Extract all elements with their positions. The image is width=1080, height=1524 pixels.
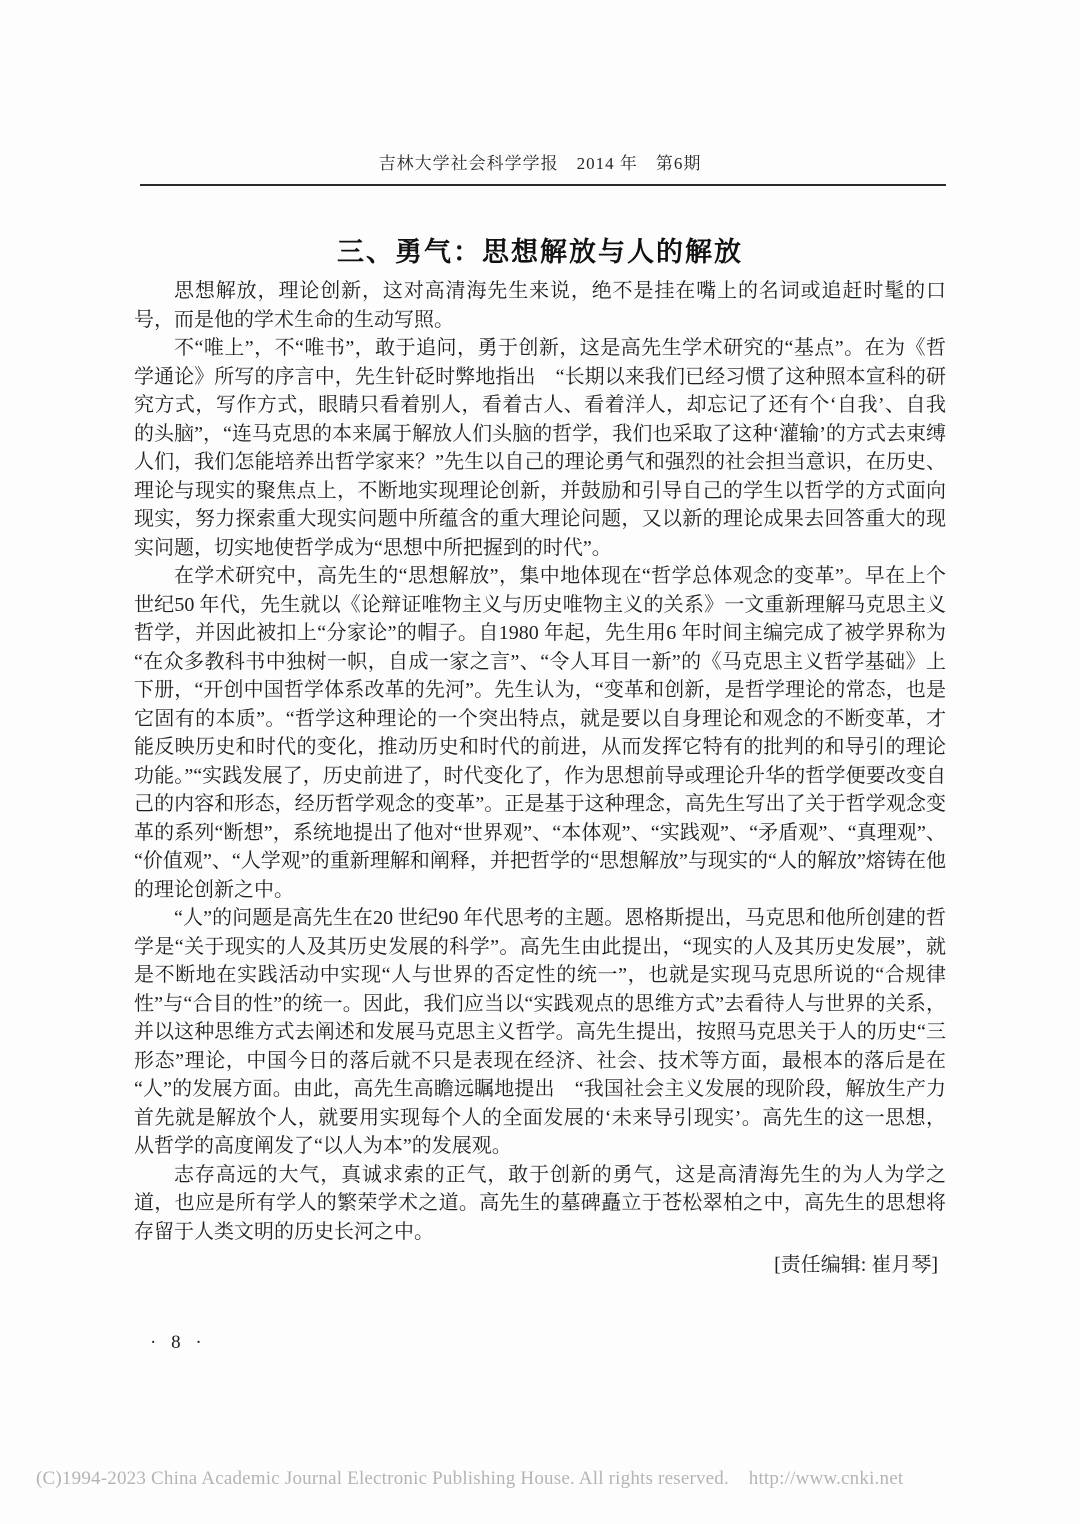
section-title: 三、勇气：思想解放与人的解放 — [0, 230, 1080, 269]
article-body: 思想解放，理论创新，这对高清海先生来说，绝不是挂在嘴上的名词或追赶时髦的口号，而… — [134, 277, 946, 1246]
article-paragraph-3: 在学术研究中，高先生的“思想解放”，集中地体现在“哲学总体观念的变革”。早在上个… — [134, 562, 946, 904]
article-paragraph-2: 不“唯上”，不“唯书”，敢于追问，勇于创新，这是高先生学术研究的“基点”。在为《… — [134, 334, 946, 562]
header-divider-rule — [140, 184, 946, 186]
copyright-notice: (C)1994-2023 China Academic Journal Elec… — [36, 1468, 903, 1490]
article-paragraph-1: 思想解放，理论创新，这对高清海先生来说，绝不是挂在嘴上的名词或追赶时髦的口号，而… — [134, 277, 946, 334]
article-paragraph-5: 志存高远的大气，真诚求索的正气，敢于创新的勇气，这是高清海先生的为人为学之道，也… — [134, 1161, 946, 1247]
article-paragraph-4: “人”的问题是高先生在20 世纪90 年代思考的主题。恩格斯提出，马克思和他所创… — [134, 904, 946, 1161]
page-number: · 8 · — [150, 1332, 207, 1354]
journal-header: 吉林大学社会科学学报 2014 年 第6期 — [0, 149, 1080, 174]
editor-note: [责任编辑: 崔月琴] — [134, 1248, 946, 1277]
